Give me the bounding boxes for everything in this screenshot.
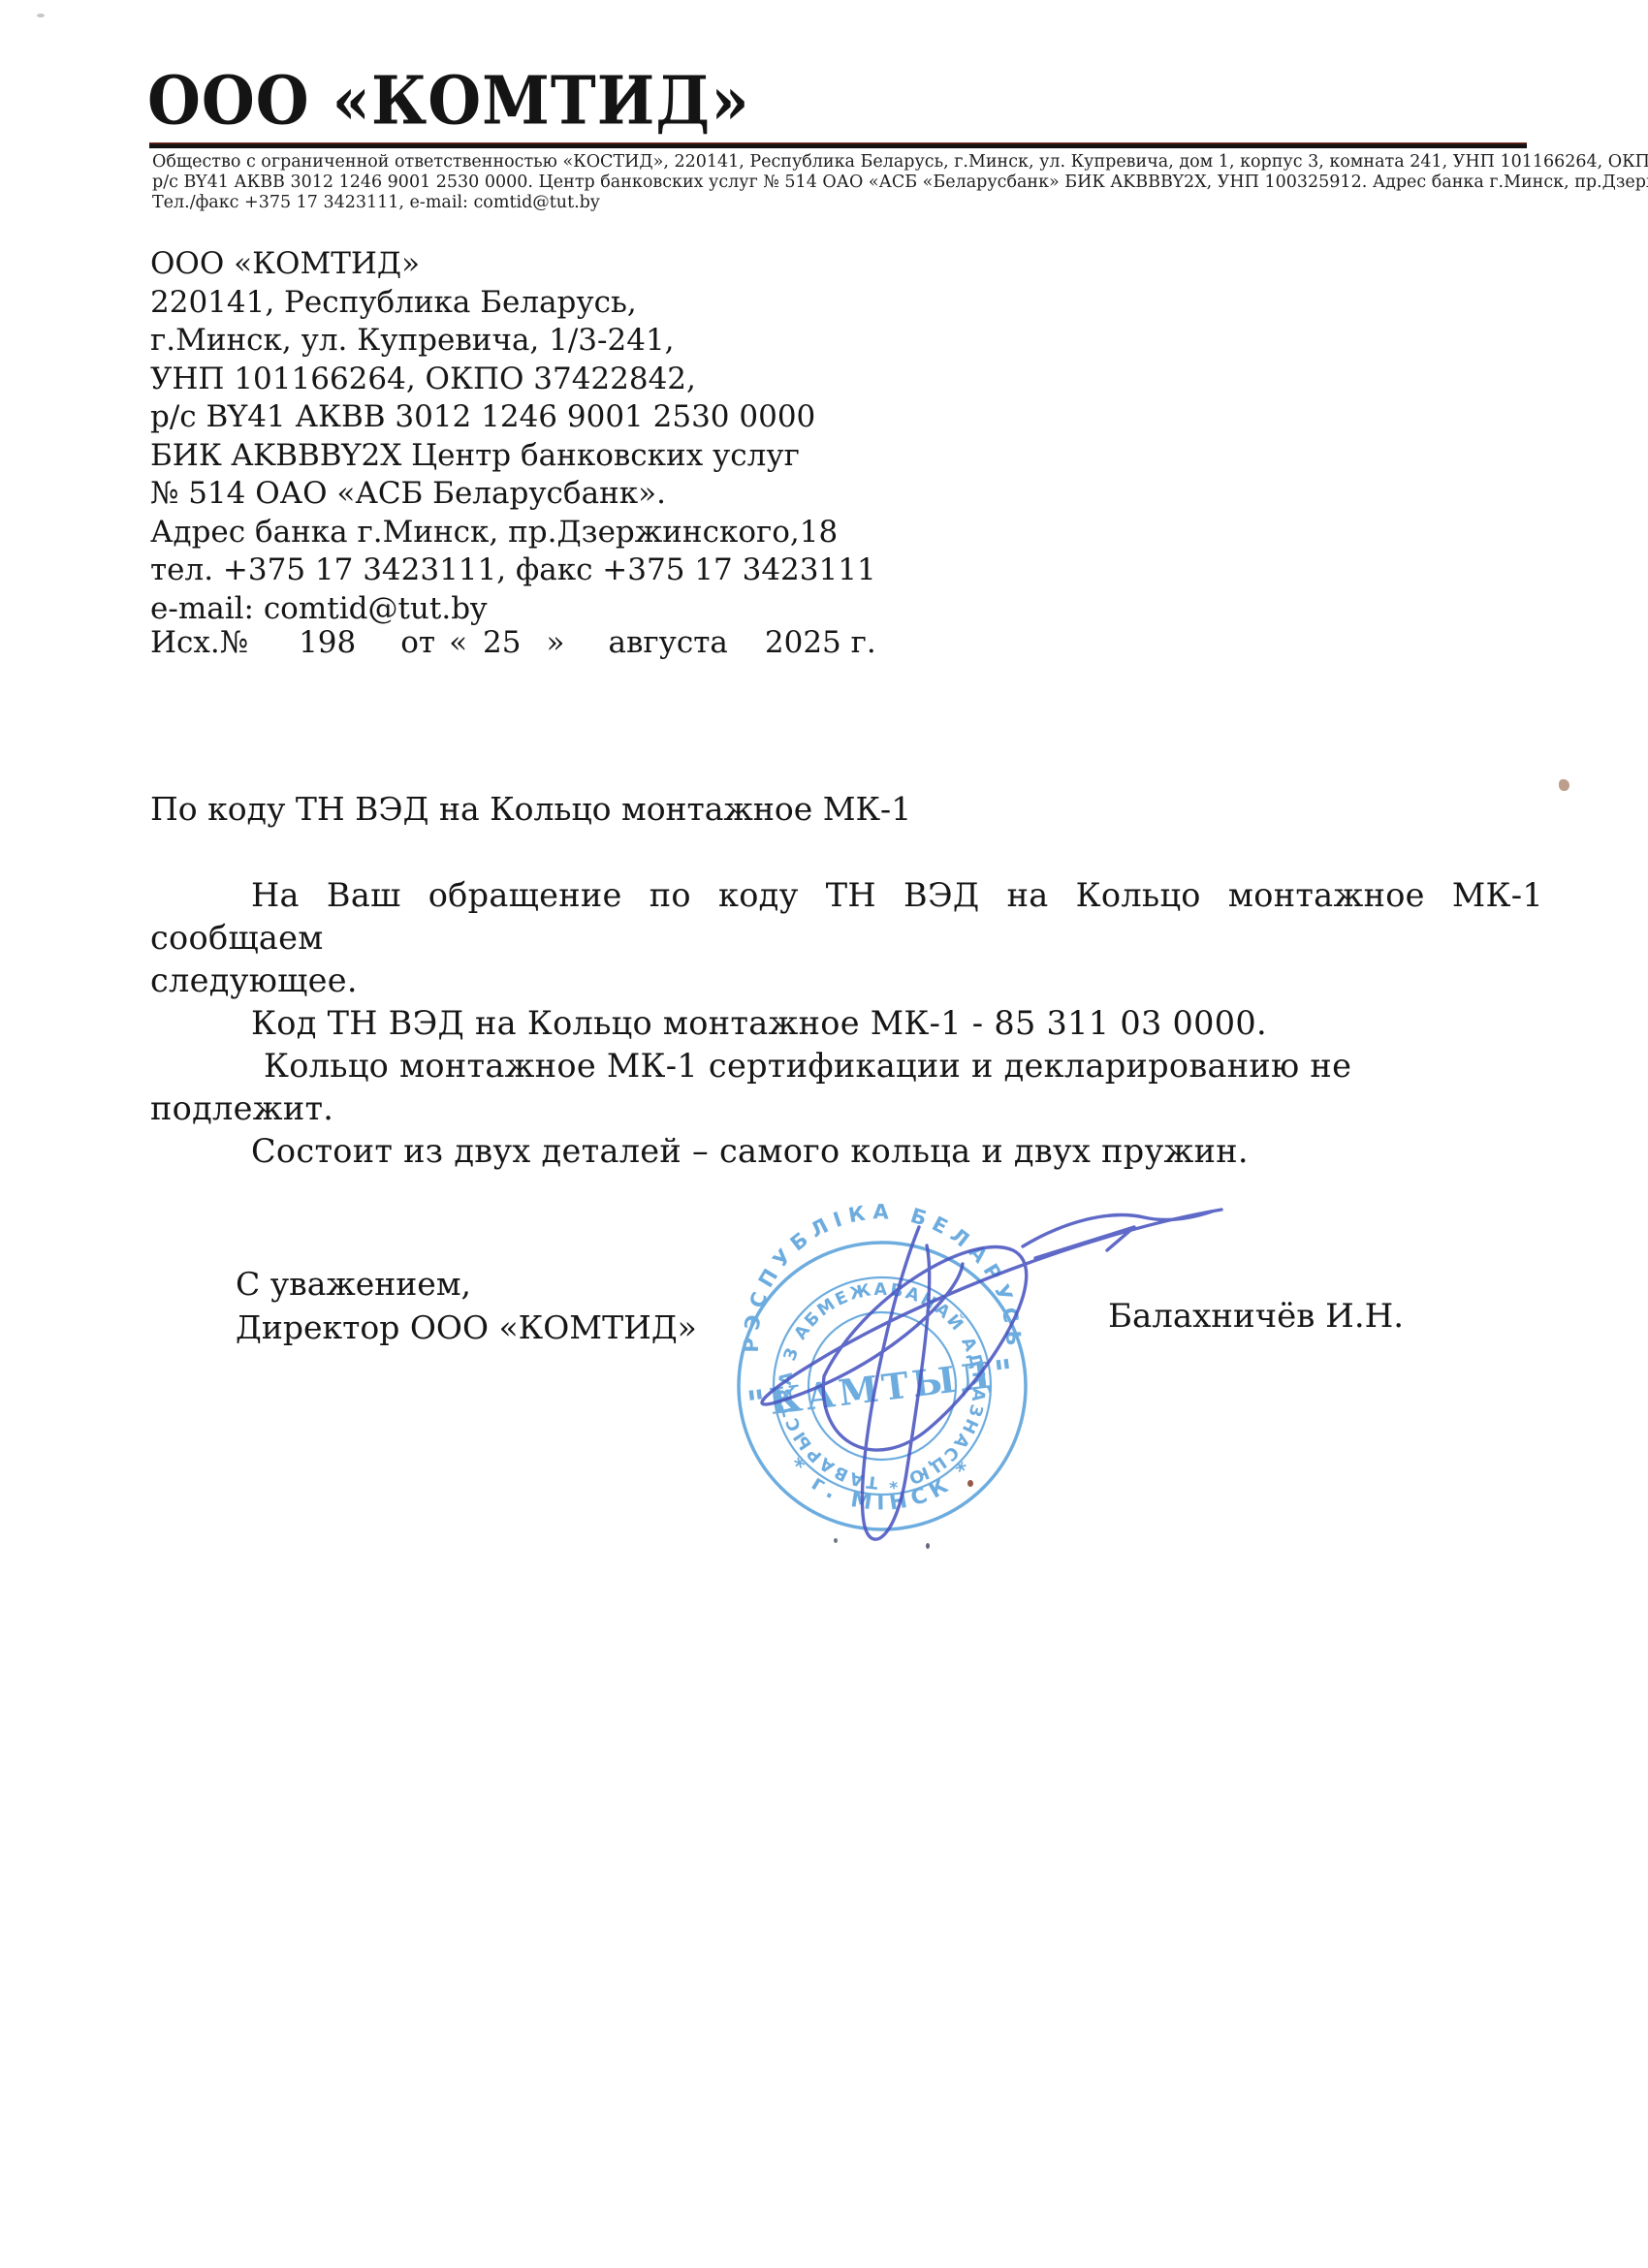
scan-speck xyxy=(926,1543,930,1549)
body-parts-line: Состоит из двух деталей – самого кольца … xyxy=(150,1130,1543,1173)
outgoing-number-line: Исх.№198от«25»августа2025 г. xyxy=(150,625,876,660)
outgoing-day: 25 xyxy=(483,625,521,660)
outgoing-label: Исх.№ xyxy=(150,625,248,660)
outgoing-number: 198 xyxy=(299,625,356,660)
closing-line: С уважением, xyxy=(236,1262,697,1306)
body-paragraph-line: следующее. xyxy=(150,960,1543,1002)
fineprint-line: Тел./факс +375 17 3423111, e-mail: comti… xyxy=(152,193,1606,213)
subject-line: По коду ТН ВЭД на Кольцо монтажное МК-1 xyxy=(150,790,911,828)
requisites-line: ООО «КОМТИД» xyxy=(150,245,876,284)
scan-speck xyxy=(834,1538,838,1543)
fineprint-line: р/с BY41 АКВВ 3012 1246 9001 2530 0000. … xyxy=(152,173,1606,193)
scan-speck xyxy=(37,14,45,17)
scan-speck xyxy=(1559,779,1569,791)
outgoing-month: августа xyxy=(608,625,727,660)
scan-speck xyxy=(967,1480,973,1487)
fineprint-line: Общество с ограниченной ответственностью… xyxy=(152,152,1606,173)
closing-block: С уважением, Директор ООО «КОМТИД» xyxy=(236,1262,697,1349)
scanned-letter-page: ООО «КОМТИД» Общество с ограниченной отв… xyxy=(0,0,1648,2268)
requisites-line: тел. +375 17 3423111, факс +375 17 34231… xyxy=(150,551,876,590)
requisites-line: № 514 ОАО «АСБ Беларусбанк». xyxy=(150,475,876,514)
outgoing-from-word: от xyxy=(400,625,435,660)
requisites-line: УНП 101166264, ОКПО 37422842, xyxy=(150,361,876,399)
requisites-line: БИК AKBBBY2X Центр банковских услуг xyxy=(150,437,876,476)
company-stamp-and-signature: РЭСПУБЛІКА БЕЛАРУСЬ * г. МІНСК * ТАВАРЫС… xyxy=(679,1190,1260,1578)
requisites-line: Адрес банка г.Минск, пр.Дзержинского,18 xyxy=(150,514,876,552)
letterhead-divider xyxy=(149,142,1527,148)
company-title: ООО «КОМТИД» xyxy=(147,62,750,140)
outgoing-year: 2025 г. xyxy=(765,625,876,660)
signer-position: Директор ООО «КОМТИД» xyxy=(236,1306,697,1349)
requisites-line: e-mail: comtid@tut.by xyxy=(150,590,876,629)
body-certification-line: Кольцо монтажное МК-1 сертификации и дек… xyxy=(150,1045,1543,1130)
body-code-line: Код ТН ВЭД на Кольцо монтажное МК-1 - 85… xyxy=(150,1002,1543,1045)
body-paragraph-line: На Ваш обращение по коду ТН ВЭД на Кольц… xyxy=(150,874,1543,960)
requisites-line: 220141, Республика Беларусь, xyxy=(150,284,876,323)
outgoing-close-quote: » xyxy=(547,625,565,660)
requisites-line: р/с BY41 АКВВ 3012 1246 9001 2530 0000 xyxy=(150,398,876,437)
requisites-line: г.Минск, ул. Купревича, 1/3-241, xyxy=(150,322,876,361)
letterhead-fineprint: Общество с ограниченной ответственностью… xyxy=(152,152,1606,213)
letter-body: На Ваш обращение по коду ТН ВЭД на Кольц… xyxy=(150,874,1543,1173)
requisites-block: ООО «КОМТИД» 220141, Республика Беларусь… xyxy=(150,245,876,628)
outgoing-open-quote: « xyxy=(449,625,467,660)
